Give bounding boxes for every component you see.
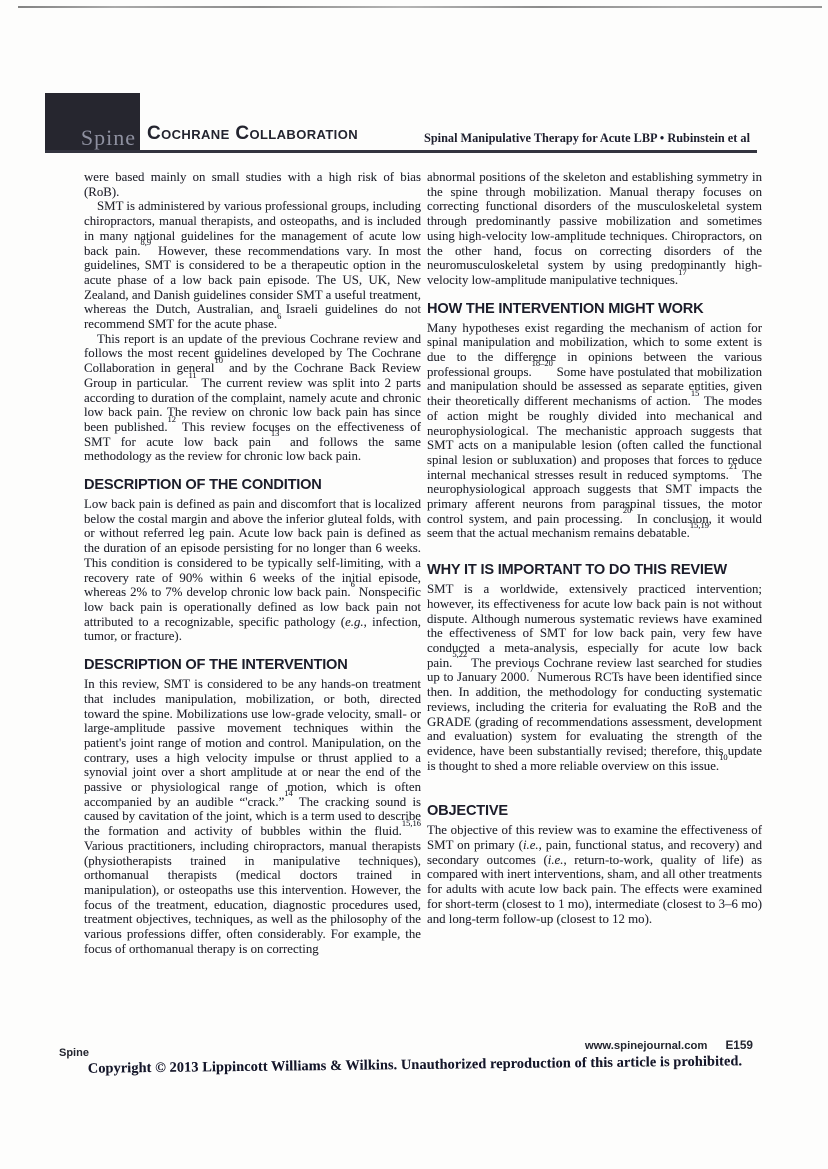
reference-superscript: 6 [277,311,281,321]
header-rule [45,150,757,153]
spine-logo-text: Spine [81,125,136,151]
reference-superscript: 5,22 [452,649,467,659]
reference-superscript: 21 [729,461,738,471]
section-heading: DESCRIPTION OF THE CONDITION [84,477,421,494]
reference-superscript: 11 [188,370,196,380]
footer-website: www.spinejournal.com [585,1040,708,1052]
reference-superscript: 6 [351,579,355,589]
spine-logo-box: Spine [45,93,140,151]
reference-superscript: 10 [719,752,728,762]
reference-superscript: 7 [529,664,533,674]
reference-superscript: 15,19 [690,520,709,530]
reference-superscript: 17 [678,267,687,277]
body-paragraph: In this review, SMT is considered to be … [84,677,421,956]
body-paragraph: Many hypotheses exist regarding the mech… [427,321,762,542]
footer-copyright: Copyright © 2013 Lippincott Williams & W… [70,1053,760,1078]
body-paragraph: The objective of this review was to exam… [427,823,762,926]
body-paragraph: This report is an update of the previous… [84,332,421,464]
italic-text: i.e. [523,838,539,852]
footer-website-line: www.spinejournal.comE159 [585,1038,753,1052]
reference-superscript: 14 [284,788,293,798]
reference-superscript: 18–20 [532,358,553,368]
reference-superscript: 13 [271,428,280,438]
body-paragraph: Low back pain is defined as pain and dis… [84,497,421,644]
section-heading: HOW THE INTERVENTION MIGHT WORK [427,301,762,318]
reference-superscript: 8,9 [141,237,152,247]
italic-text: e.g. [345,615,364,629]
running-title: Spinal Manipulative Therapy for Acute LB… [424,131,750,146]
reference-superscript: 20 [623,505,632,515]
journal-page: Spine Cochrane Collaboration Spinal Mani… [0,0,828,1169]
top-scan-rule [18,6,822,8]
footer-page-number: E159 [725,1038,753,1052]
article-column-left: were based mainly on small studies with … [84,170,421,956]
body-paragraph: SMT is a worldwide, extensively practice… [427,582,762,773]
article-column-right: abnormal positions of the skeleton and e… [427,170,762,926]
body-paragraph: abnormal positions of the skeleton and e… [427,170,762,288]
section-heading: DESCRIPTION OF THE INTERVENTION [84,657,421,674]
reference-superscript: 15 [691,388,700,398]
body-paragraph: SMT is administered by various professio… [84,199,421,331]
section-heading: WHY IT IS IMPORTANT TO DO THIS REVIEW [427,562,762,579]
body-paragraph: were based mainly on small studies with … [84,170,421,199]
reference-superscript: 12 [168,414,177,424]
italic-text: i.e. [548,853,564,867]
reference-superscript: 15,16 [402,818,421,828]
footer-journal-label: Spine [59,1047,89,1059]
cochrane-collaboration-title: Cochrane Collaboration [147,123,358,145]
section-heading: OBJECTIVE [427,803,762,820]
reference-superscript: 10 [214,355,223,365]
